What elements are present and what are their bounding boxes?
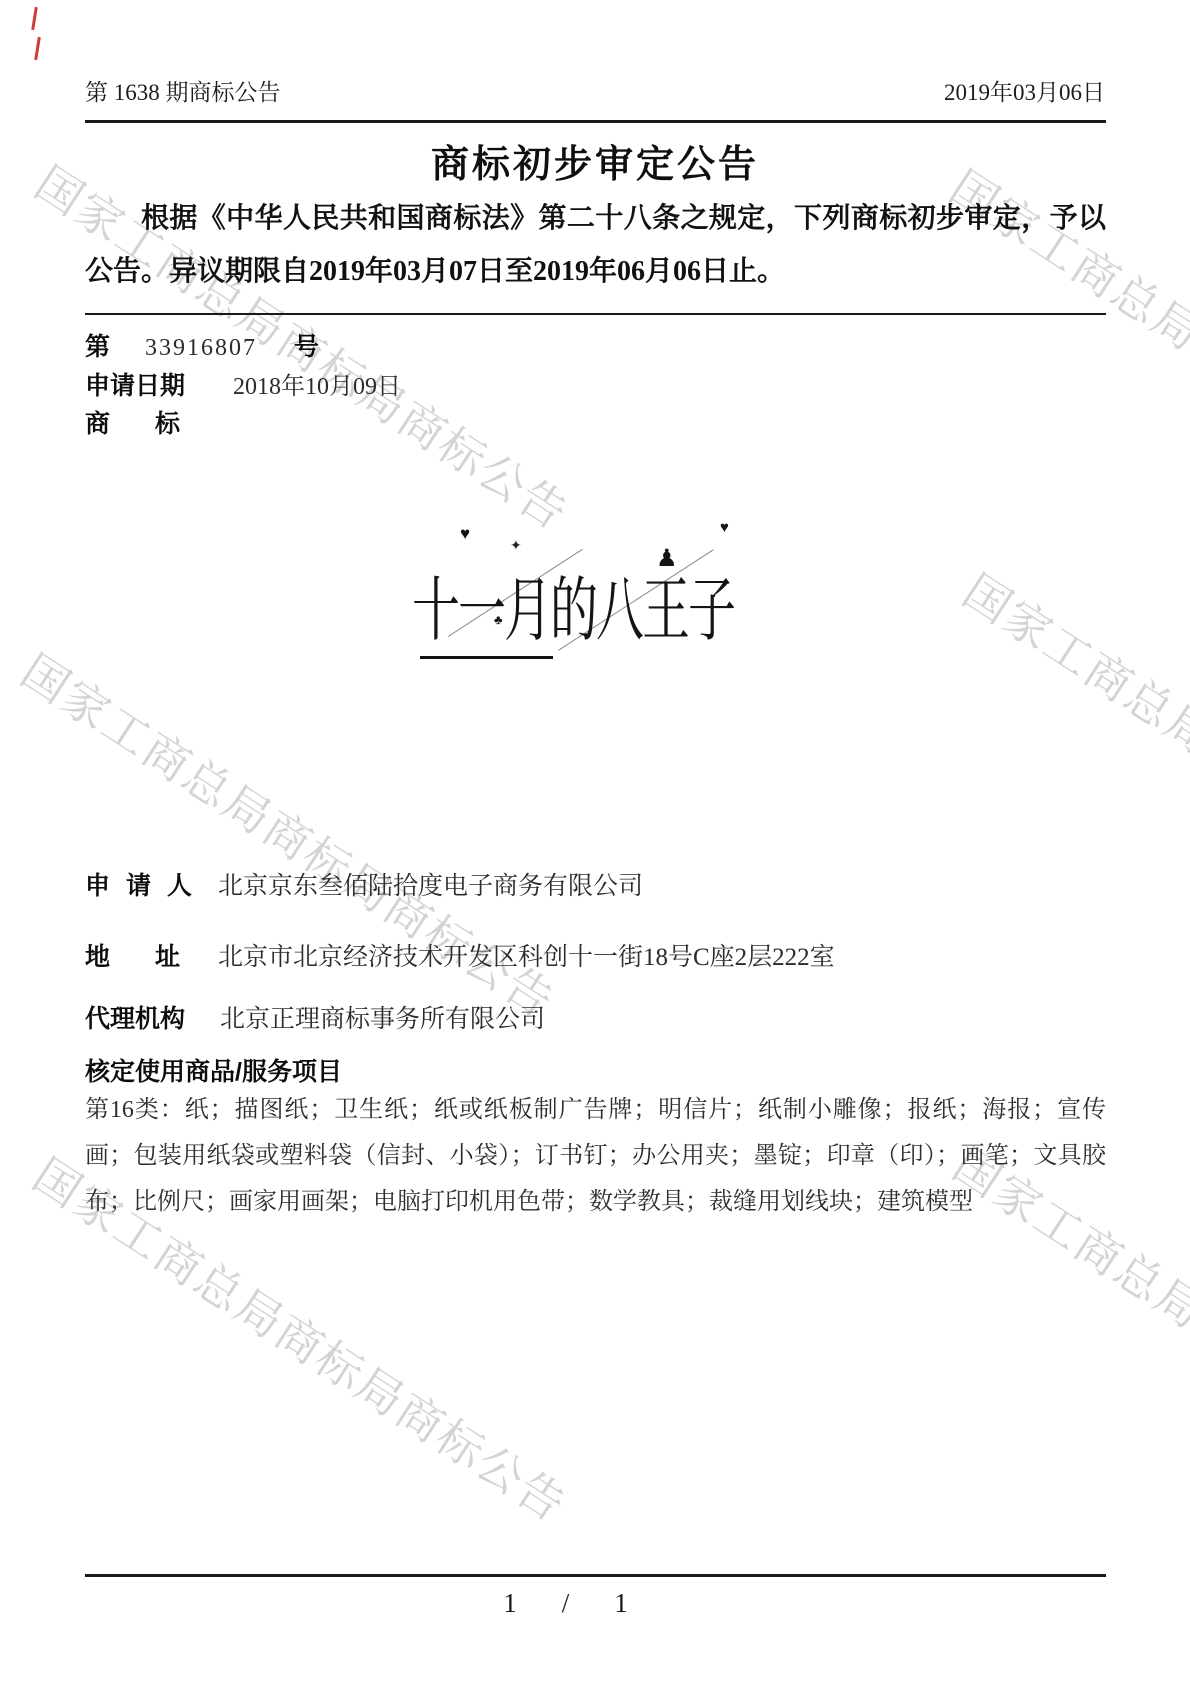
address-value: 北京市北京经济技术开发区科创十一街18号C座2层222室 — [218, 944, 835, 971]
document-content: 第 1638 期商标公告 2019年03月06日 商标初步审定公告 根据《中华人… — [0, 0, 1190, 1684]
number-suffix-label: 号 — [294, 333, 319, 361]
gazette-issue-label: 第 1638 期商标公告 — [85, 74, 281, 107]
page-title: 商标初步审定公告 — [0, 133, 1190, 188]
notice-paragraph: 根据《中华人民共和国商标法》第二十八条之规定，下列商标初步审定，予以公告。异议期… — [85, 192, 1106, 298]
address-row: 地 址北京市北京经济技术开发区科创十一街18号C座2层222室 — [85, 937, 835, 973]
number-prefix-label: 第 — [85, 333, 110, 361]
agent-value: 北京正理商标事务所有限公司 — [220, 1006, 545, 1033]
red-corner-mark — [34, 37, 41, 60]
address-label: 地 址 — [85, 937, 218, 973]
trademark-image: ♥ ✦ ♣ ♥ ♟ 十一月的八王子 — [398, 528, 768, 668]
heart-icon: ♥ — [720, 520, 729, 537]
logo-underline — [420, 656, 553, 659]
applicant-row: 申 请 人北京京东叁佰陆拾度电子商务有限公司 — [85, 866, 643, 902]
total-pages: 1 — [614, 1588, 629, 1618]
heart-icon: ♥ — [460, 524, 470, 544]
trademark-label: 商 标 — [85, 410, 180, 438]
goods-services-heading: 核定使用商品/服务项目 — [85, 1052, 342, 1088]
gazette-date: 2019年03月06日 — [944, 74, 1105, 107]
page-number: 1/1 — [0, 1588, 1132, 1619]
page-separator: / — [562, 1588, 571, 1618]
goods-services-list: 第16类：纸；描图纸；卫生纸；纸或纸板制广告牌；明信片；纸制小雕像；报纸；海报；… — [85, 1087, 1106, 1225]
applicant-label: 申 请 人 — [85, 866, 218, 902]
gazette-page: 国家工商总局商标局商标公告 国家工商总局商标局商标公告 国家工商总局商标局商标公… — [0, 0, 1190, 1684]
trademark-logo-text: 十一月的八王子 — [412, 554, 734, 654]
registration-number-row: 第33916807号 — [85, 327, 319, 363]
application-date-label: 申请日期 — [85, 372, 185, 400]
trademark-label-row: 商 标 — [85, 404, 180, 440]
applicant-value: 北京京东叁佰陆拾度电子商务有限公司 — [218, 873, 643, 900]
header-rule — [85, 120, 1106, 123]
section-rule — [85, 313, 1106, 315]
application-date-value: 2018年10月09日 — [233, 374, 401, 400]
footer-rule — [85, 1574, 1106, 1577]
red-corner-mark — [31, 7, 38, 30]
agent-row: 代理机构北京正理商标事务所有限公司 — [85, 999, 545, 1035]
registration-number-value: 33916807 — [145, 335, 257, 361]
current-page: 1 — [503, 1588, 518, 1618]
agent-label: 代理机构 — [85, 999, 220, 1035]
application-date-row: 申请日期2018年10月09日 — [85, 366, 401, 402]
sparkle-icon: ✦ — [510, 538, 522, 555]
